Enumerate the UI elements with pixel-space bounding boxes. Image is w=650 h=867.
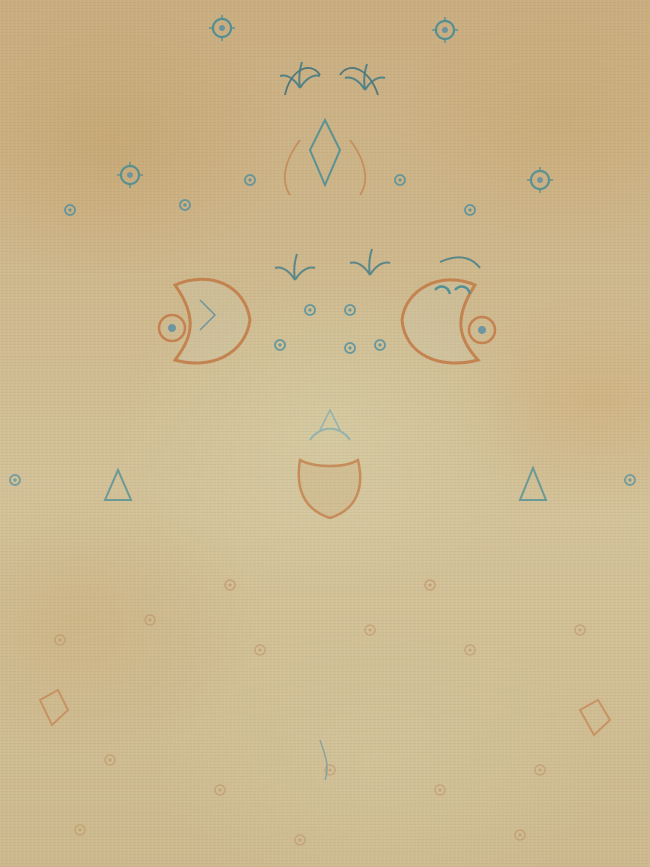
rug-photo	[0, 0, 650, 867]
top-palmettes	[209, 15, 458, 95]
vase-motif	[299, 410, 360, 518]
cartouche-right	[402, 280, 495, 363]
lower-field	[40, 615, 610, 845]
rug-motifs	[0, 0, 650, 867]
cartouche-left	[159, 279, 250, 363]
